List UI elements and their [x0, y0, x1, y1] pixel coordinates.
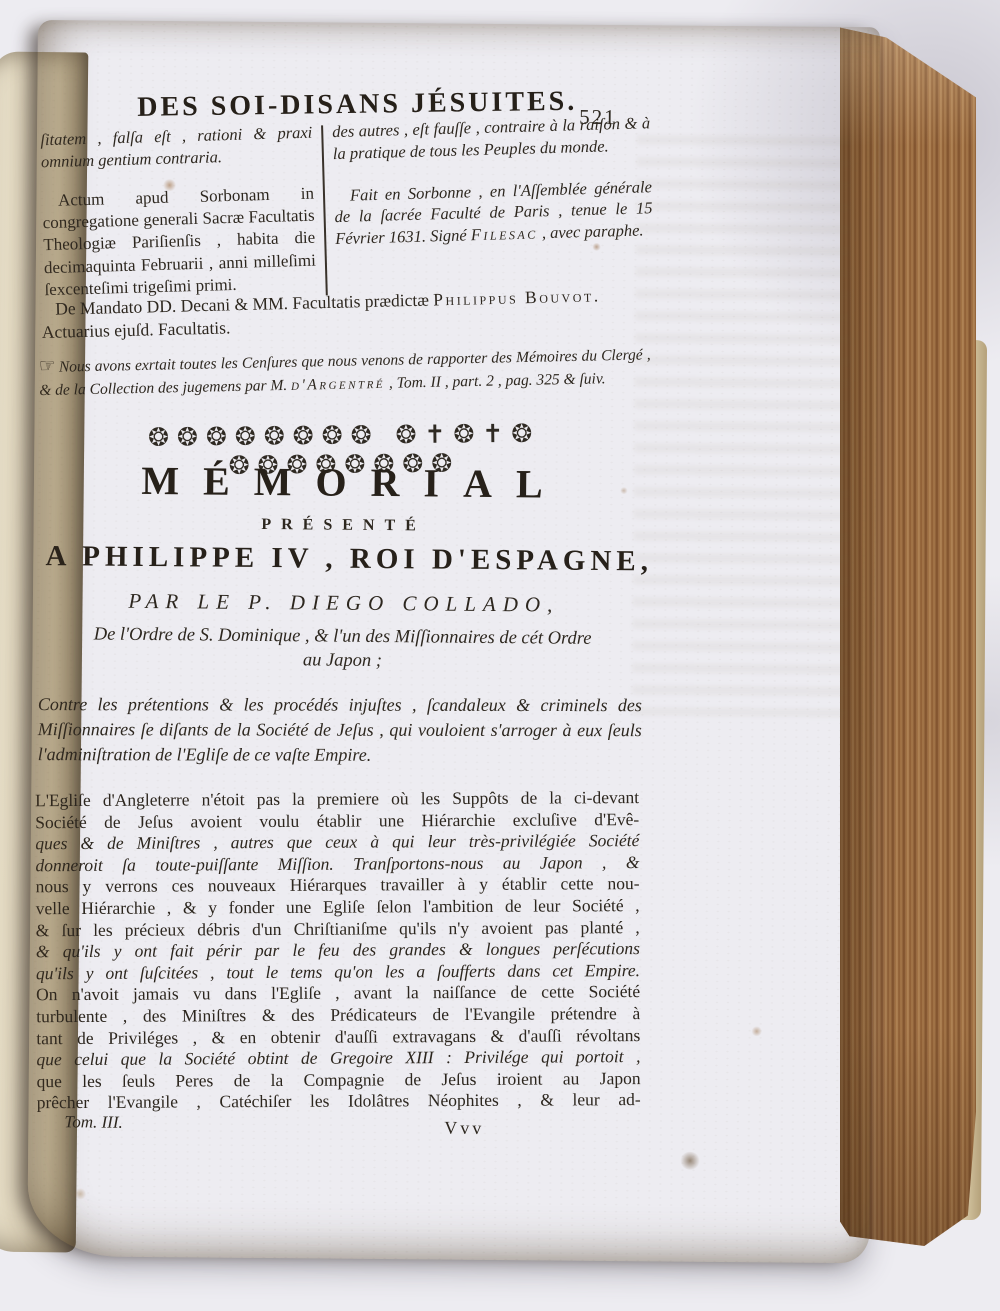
french-censure-paragraph: des autres , eſt fauſſe , contraire à la…: [332, 112, 651, 164]
left-column: ſitatem , falſa eſt , rationi & praxi om…: [40, 122, 317, 304]
body-line: Société de Jeſus avoient voulu établir u…: [35, 809, 639, 834]
body-line: velle Hiérarchie , & y fonder une Egliſe…: [36, 895, 640, 920]
editor-note-tail: , Tom. II , part. 2 , pag. 325 & ſuiv.: [385, 370, 606, 392]
sorbonne-attestation-paragraph: Fait en Sorbonne , en l'Aſſemblée généra…: [334, 176, 654, 250]
filesac-name: Filesac: [471, 223, 538, 244]
argument-paragraph: Contre les prétentions & les procédés in…: [38, 692, 642, 769]
two-column-block: ſitatem , falſa eſt , rationi & praxi om…: [40, 112, 655, 303]
body-line: que les ſeuls Peres de la Compagnie de J…: [37, 1068, 641, 1093]
page-footer: Tom. III. Vvv: [34, 1112, 638, 1137]
latin-actum-paragraph: Actum apud Sorbonam in congregatione gen…: [42, 182, 317, 302]
memorial-title: MÉMORIAL: [34, 456, 660, 508]
body-line: que celui que la Société obtint de Grego…: [36, 1046, 640, 1071]
latin-censure-paragraph: ſitatem , falſa eſt , rationi & praxi om…: [40, 122, 313, 173]
body-line: L'Egliſe d'Angleterre n'étoit pas la pre…: [35, 787, 639, 812]
philippe-title: A PHILIPPE IV , ROI D'ESPAGNE,: [33, 540, 665, 579]
volume-label: Tom. III.: [64, 1112, 123, 1132]
column-divider: [321, 125, 328, 295]
body-line: turbulente , des Miniſtres & des Prédica…: [36, 1003, 640, 1028]
collado-line: PAR LE P. DIEGO COLLADO,: [33, 588, 655, 618]
body-line: tant de Priviléges , & en obtenir d'auſſ…: [36, 1025, 640, 1050]
body-line: qu'ils y ont ſuſcitées , tout le tems qu…: [36, 960, 640, 985]
bouvot-name: Philippus Bouvot: [433, 286, 594, 310]
body-line: donneroit ſa toute-puiſſante Miſſion. Tr…: [35, 852, 639, 877]
body-paragraph: L'Egliſe d'Angleterre n'étoit pas la pre…: [35, 787, 641, 1114]
mandate-period: .: [593, 285, 598, 305]
dedication-block: De l'Ordre de S. Dominique , & l'un des …: [42, 622, 642, 675]
body-line: & qu'ils y ont fait périr par le feu des…: [36, 938, 640, 963]
photo-backdrop: DES SOI-DISANS JÉSUITES. 521 ſitatem , f…: [0, 0, 1000, 1311]
manicule-icon: ☞: [39, 355, 57, 377]
body-line: & ſur les précieux débris d'un Chriſtian…: [36, 917, 640, 942]
argentre-name: d'Argentré: [291, 375, 385, 394]
presente-subtitle: PRÉSENTÉ: [34, 514, 654, 537]
signature-mark: Vvv: [444, 1118, 484, 1139]
body-line: ques & de Miniſtres , autres que ceux à …: [35, 830, 639, 855]
body-line: nous y verrons ces nouveaux Hiérarques t…: [35, 873, 639, 898]
book-page: DES SOI-DISANS JÉSUITES. 521 ſitatem , f…: [27, 20, 880, 1263]
right-column: des autres , eſt fauſſe , contraire à la…: [332, 112, 655, 295]
body-line: prêcher l'Evangile , Catéchiſer les Idol…: [37, 1089, 641, 1114]
page-content: DES SOI-DISANS JÉSUITES. 521 ſitatem , f…: [27, 20, 880, 1263]
editor-note: ☞Nous avons exrtait toutes les Cenſures …: [39, 340, 652, 402]
attestation-tail: , avec paraphe.: [537, 221, 643, 243]
body-line: On n'avoit jamais vu dans l'Egliſe , ava…: [36, 981, 640, 1006]
